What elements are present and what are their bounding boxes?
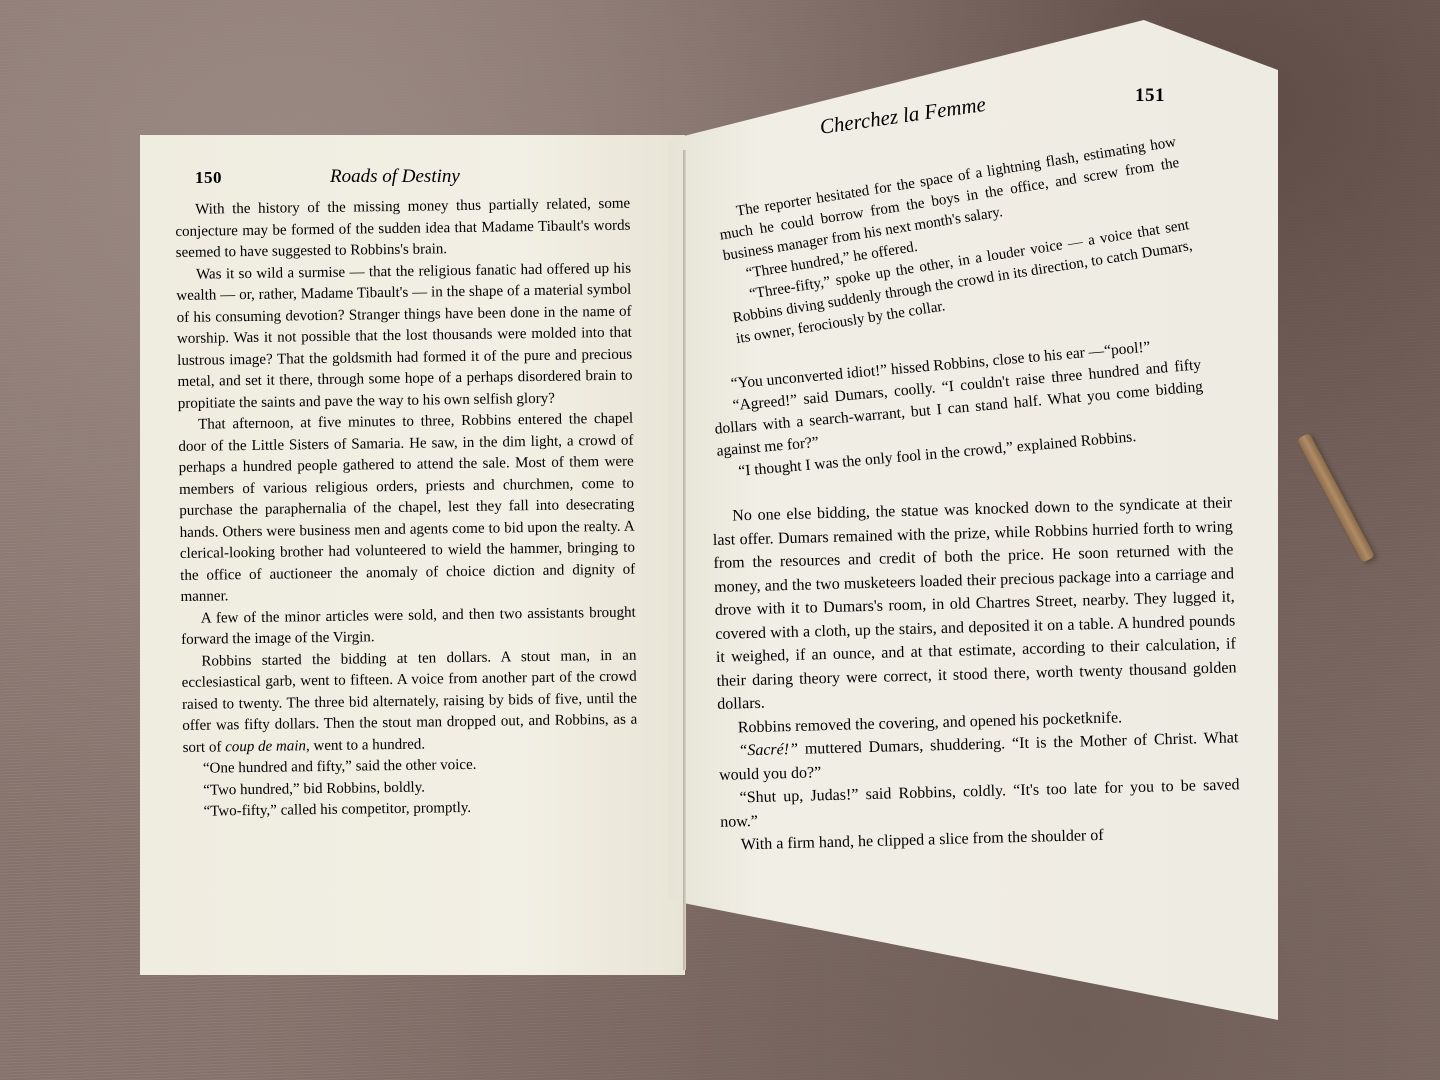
page-number-right: 151 [1135,85,1165,107]
paragraph-text: went to a hundred. [310,736,426,754]
left-page-header: 150 Roads of Destiny [195,168,635,188]
running-head-right: Cherchez la Femme [818,92,987,140]
bookmark-string [1297,433,1375,563]
page-number-left: 150 [195,168,222,187]
paragraph: A few of the minor articles were sold, a… [181,602,637,651]
left-page-text: With the history of the missing money th… [175,194,639,824]
photo-scene: 150 Roads of Destiny With the history of… [0,0,1440,1080]
right-page-header: 151 Cherchez la Femme [820,80,1180,140]
paragraph: No one else bidding, the statue was knoc… [712,491,1237,716]
book-gutter [683,150,686,970]
paragraph: With the history of the missing money th… [175,194,631,265]
italic-phrase: coup de main, [225,738,310,755]
paragraph: Robbins started the bidding at ten dolla… [181,645,637,759]
italic-phrase: “Sacré!” [738,741,798,760]
paragraph: That afternoon, at five minutes to three… [178,409,636,609]
right-page-text-bottom: No one else bidding, the statue was knoc… [712,491,1241,857]
paragraph: Was it so wild a surmise — that the reli… [176,258,633,415]
running-head-left: Roads of Destiny [330,166,460,188]
